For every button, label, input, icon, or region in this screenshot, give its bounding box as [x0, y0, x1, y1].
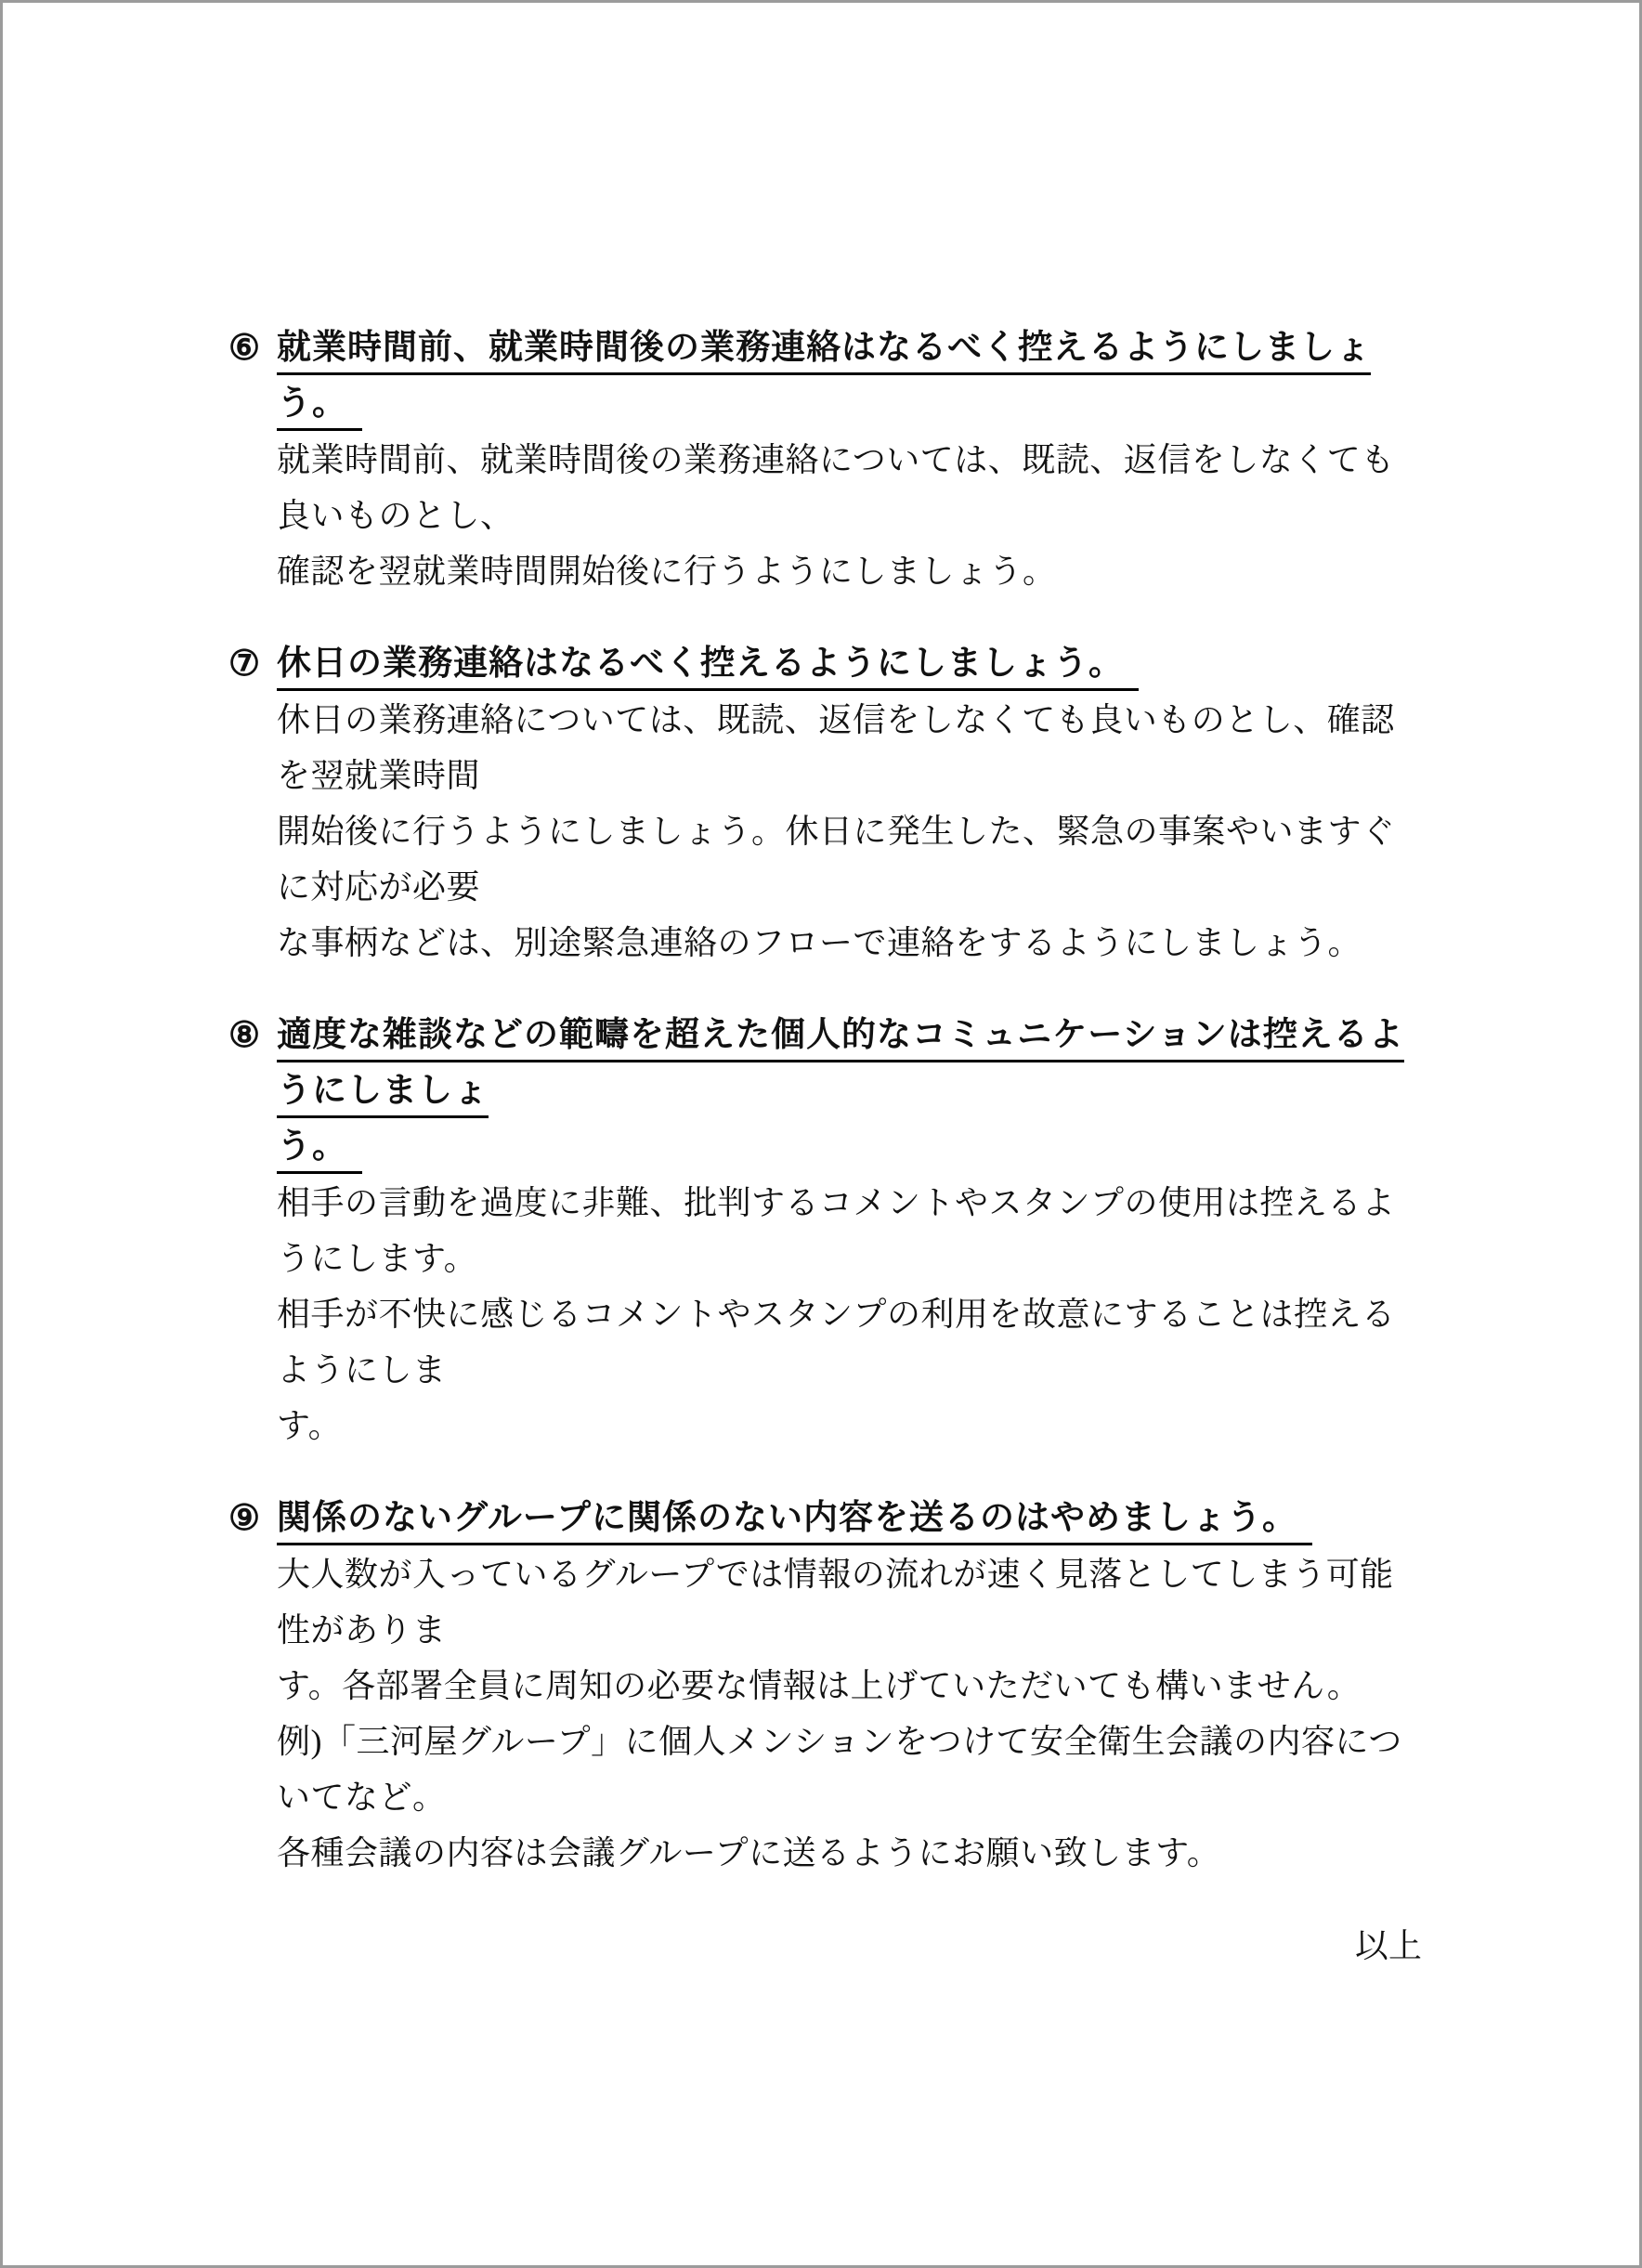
item-heading-text: 就業時間前、就業時間後の業務連絡はなるべく控えるようにしましょう。 — [277, 329, 1371, 431]
item-heading-text: 休日の業務連絡はなるべく控えるようにしましょう。 — [277, 645, 1139, 691]
item-body-text: 休日の業務連絡については、既読、返信をしなくても良いものとし、確認を翌就業時間 … — [277, 692, 1422, 971]
item-content: 関係のないグループに関係のない内容を送るのはやめましょう。 大人数が入っているグ… — [277, 1491, 1422, 1881]
rule-item-7: ⑦ 休日の業務連絡はなるべく控えるようにしましょう。 休日の業務連絡については、… — [228, 636, 1422, 971]
item-number-badge: ⑨ — [228, 1491, 277, 1546]
item-content: 休日の業務連絡はなるべく控えるようにしましょう。 休日の業務連絡については、既読… — [277, 636, 1422, 971]
item-body-text: 相手の言動を過度に非難、批判するコメントやスタンプの使用は控えるようにします。 … — [277, 1175, 1422, 1453]
item-body-text: 大人数が入っているグループでは情報の流れが速く見落としてしまう可能性がありま す… — [277, 1546, 1422, 1881]
item-number-badge: ⑥ — [228, 320, 277, 376]
rule-item-9: ⑨ 関係のないグループに関係のない内容を送るのはやめましょう。 大人数が入ってい… — [228, 1491, 1422, 1881]
item-number-badge: ⑦ — [228, 636, 277, 692]
item-heading: 関係のないグループに関係のない内容を送るのはやめましょう。 — [277, 1491, 1422, 1546]
closing-text: 以上 — [228, 1918, 1422, 1974]
rule-item-8: ⑧ 適度な雑談などの範疇を超えた個人的なコミュニケーションは控えるようにしましょ… — [228, 1008, 1422, 1453]
rule-item-6: ⑥ 就業時間前、就業時間後の業務連絡はなるべく控えるようにしましょう。 就業時間… — [228, 320, 1422, 599]
item-content: 就業時間前、就業時間後の業務連絡はなるべく控えるようにしましょう。 就業時間前、… — [277, 320, 1422, 599]
document-page: ⑥ 就業時間前、就業時間後の業務連絡はなるべく控えるようにしましょう。 就業時間… — [0, 0, 1642, 2268]
item-number-badge: ⑧ — [228, 1008, 277, 1063]
item-heading: 就業時間前、就業時間後の業務連絡はなるべく控えるようにしましょう。 — [277, 320, 1422, 432]
item-heading-text: 適度な雑談などの範疇を超えた個人的なコミュニケーションは控えるようにしましょ う… — [277, 1016, 1404, 1174]
item-content: 適度な雑談などの範疇を超えた個人的なコミュニケーションは控えるようにしましょ う… — [277, 1008, 1422, 1453]
item-heading: 適度な雑談などの範疇を超えた個人的なコミュニケーションは控えるようにしましょ う… — [277, 1008, 1422, 1175]
item-heading-text: 関係のないグループに関係のない内容を送るのはやめましょう。 — [277, 1499, 1312, 1545]
item-heading: 休日の業務連絡はなるべく控えるようにしましょう。 — [277, 636, 1422, 692]
item-body-text: 就業時間前、就業時間後の業務連絡については、既読、返信をしなくても良いものとし、… — [277, 432, 1422, 599]
